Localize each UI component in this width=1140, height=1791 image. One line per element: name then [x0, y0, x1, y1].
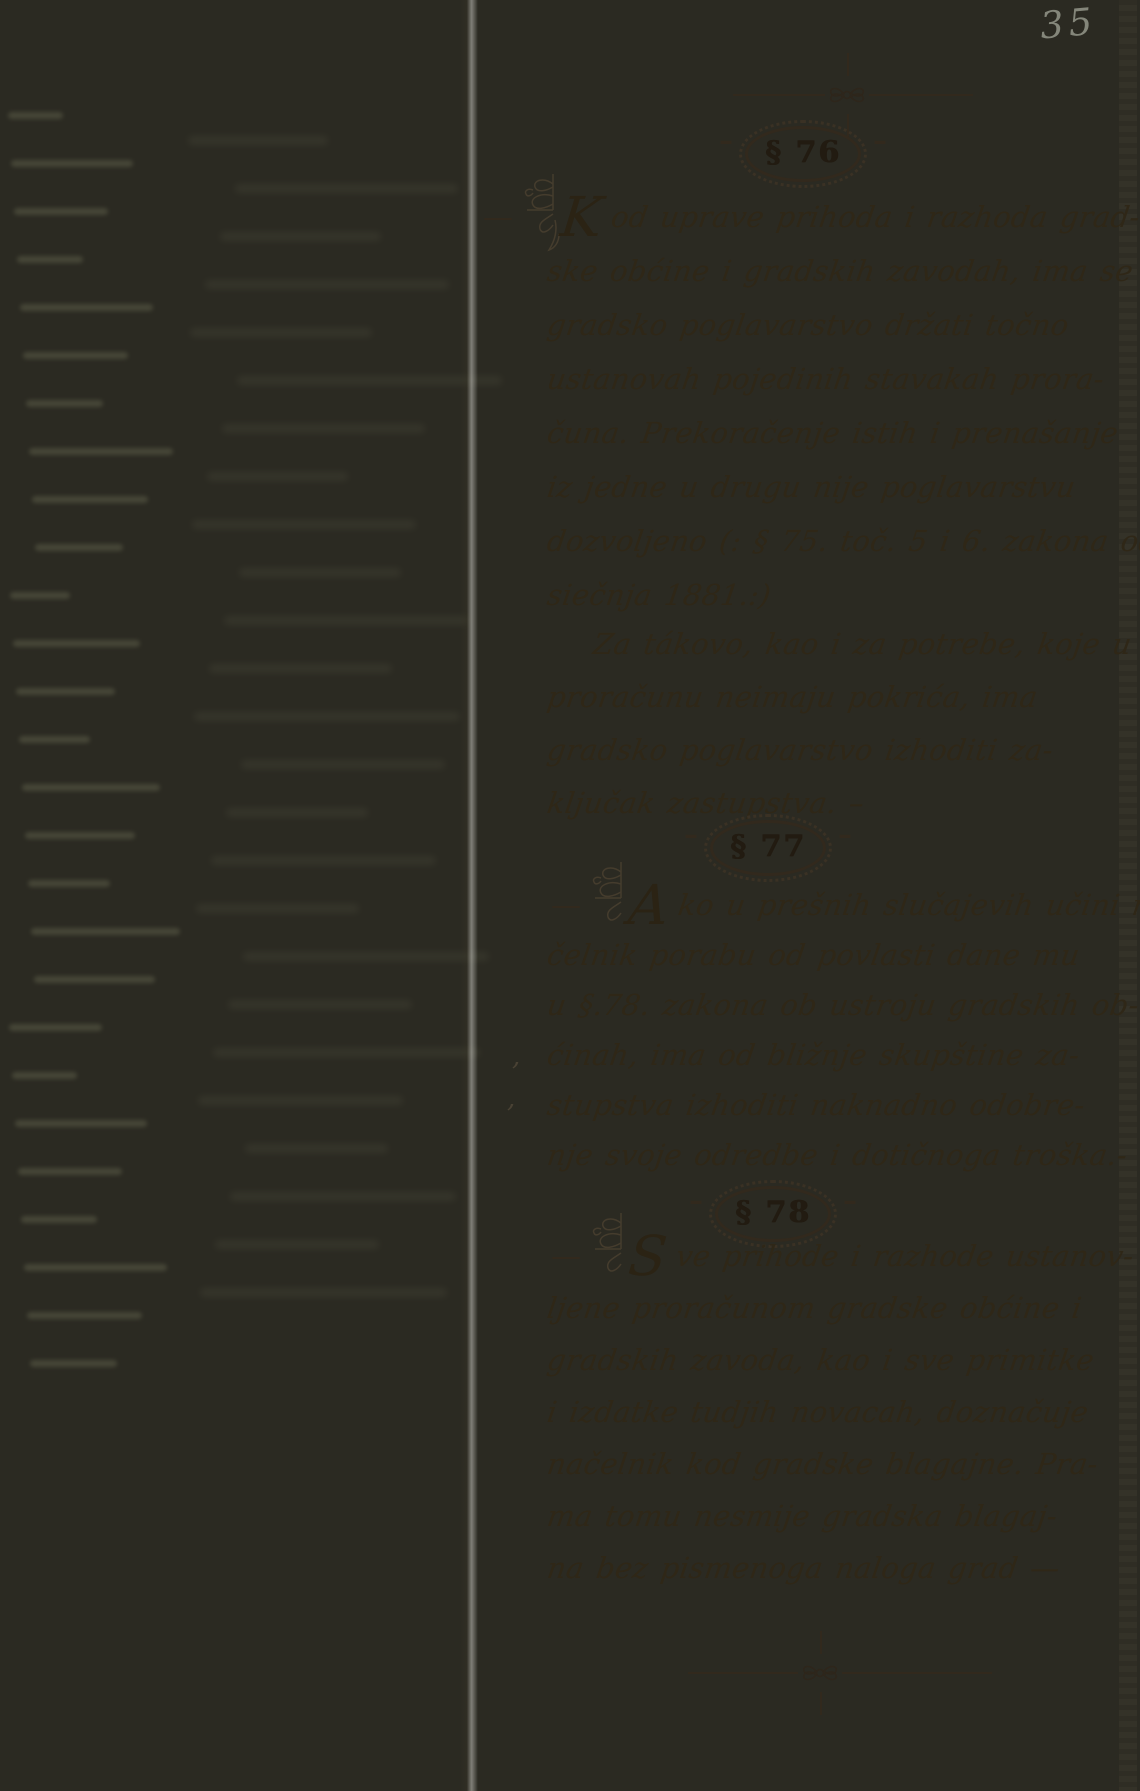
manuscript-scan: 35 –§ 76– — K od u	[0, 0, 1140, 1791]
manuscript-text: ključak zastupstva. –	[545, 786, 866, 820]
lead-dash: —	[483, 200, 513, 235]
manuscript-line: u §.78. zakona ob ustroju gradskih ob-	[545, 980, 1130, 1030]
heading-dash: –	[689, 1184, 703, 1217]
page-crease	[460, 0, 478, 1791]
manuscript-line: ćinah, ima od bližnje skupštine za-	[545, 1030, 1130, 1080]
manuscript-text: načelnik kod gradske blagajne. Pra-	[545, 1447, 1100, 1481]
page-bleedthrough	[180, 136, 465, 1336]
heading-dash: –	[719, 124, 733, 157]
manuscript-text: ljene proračunom gradske obćine i	[545, 1291, 1084, 1325]
manuscript-text: dozvoljeno (: § 75. toč. 5 i 6. zakona o…	[545, 524, 1140, 558]
manuscript-line: načelnik kod gradske blagajne. Pra-	[545, 1438, 1130, 1490]
lead-dash: —	[551, 888, 581, 923]
manuscript-text: Za tákovo, kao i za potrebe, koje u	[591, 627, 1134, 661]
manuscript-line: gradsko poglavarstvo izhoditi za-	[545, 723, 1130, 776]
manuscript-text: gradskih zavoda, kao i sve primitke	[545, 1343, 1096, 1377]
lead-dash: —	[551, 1239, 581, 1274]
manuscript-text: nje svoje odredbe i dotičnoga troška.-	[545, 1138, 1130, 1172]
manuscript-line: gradsko poglavarstvo držati točno	[545, 298, 1130, 352]
section-77-cartouche: § 77	[710, 820, 826, 876]
manuscript-line: i izdatke tudjih novacah, doznačuje	[545, 1386, 1130, 1438]
divider-rule	[733, 94, 825, 96]
manuscript-line: — K od uprave prihoda i razhoda grad-	[545, 190, 1130, 244]
manuscript-line: stupstva izhoditi naknadno odobre-	[545, 1080, 1130, 1130]
section-76-paragraph-2: Za tákovo, kao i za potrebe, koje u pror…	[545, 617, 1130, 829]
manuscript-line: čelnik porabu od povlasti dane mu	[545, 930, 1130, 980]
section-77-heading: –§ 77–	[483, 818, 1053, 876]
manuscript-text: ćinah, ima od bližnje skupštine za-	[545, 1038, 1082, 1072]
manuscript-text: u §.78. zakona ob ustroju gradskih ob-	[545, 988, 1140, 1022]
manuscript-text: čuna. Prekoračenje istih i prenašanje	[545, 416, 1120, 450]
manuscript-text: gradsko poglavarstvo držati točno	[545, 308, 1071, 342]
section-76-cartouche: § 76	[745, 126, 861, 182]
manuscript-line: na bez pismenoga naloga grad —	[545, 1542, 1130, 1594]
manuscript-text: iz jedne u drugu nije poglavarstvu	[545, 470, 1078, 504]
manuscript-line: siečnja 1881.:)	[545, 568, 1130, 622]
manuscript-text: gradsko poglavarstvo izhoditi za-	[545, 733, 1055, 767]
stray-ink-mark: ,	[507, 1084, 515, 1114]
manuscript-line: nje svoje odredbe i dotičnoga troška.-	[545, 1130, 1130, 1180]
manuscript-text: ko u prešnih slučajevih učini na-	[676, 888, 1140, 922]
initial-letter: S	[626, 1229, 669, 1284]
manuscript-text: čelnik porabu od povlasti dane mu	[545, 938, 1082, 972]
divider-rule	[688, 1672, 798, 1674]
manuscript-line: proračunu neimaju pokrića, ima	[545, 670, 1130, 723]
stray-ink-mark: ,	[512, 1042, 520, 1072]
manuscript-line: — A ko u prešnih slučajevih učini na-	[545, 880, 1130, 930]
heading-dash: –	[684, 818, 698, 851]
manuscript-line: iz jedne u drugu nije poglavarstvu	[545, 460, 1130, 514]
rosette-flourish-icon	[828, 80, 866, 110]
manuscript-line: ustanovah pojedinih stavakah prora-	[545, 352, 1130, 406]
rosette-flourish-icon	[801, 1658, 839, 1688]
manuscript-line: dozvoljeno (: § 75. toč. 5 i 6. zakona o…	[545, 514, 1130, 568]
heading-dash: –	[873, 124, 887, 157]
manuscript-text: ustanovah pojedinih stavakah prora-	[545, 362, 1106, 396]
manuscript-text: siečnja 1881.:)	[545, 578, 773, 612]
manuscript-text: ma tomu nesmije gradska blagaj-	[545, 1499, 1059, 1533]
manuscript-text: ve prihode i razhode ustanov-	[674, 1239, 1136, 1273]
manuscript-line: čuna. Prekoračenje istih i prenašanje	[545, 406, 1130, 460]
page-number: 35	[1038, 0, 1099, 47]
manuscript-line: ske obćine i gradskih zavodah, ima se	[545, 244, 1130, 298]
section-76-paragraph-1: — K od uprave prihoda i razhoda grad- sk…	[545, 190, 1130, 622]
initial-letter: K	[558, 190, 605, 245]
manuscript-text: i izdatke tudjih novacah, doznačuje	[545, 1395, 1091, 1429]
manuscript-line: ma tomu nesmije gradska blagaj-	[545, 1490, 1130, 1542]
manuscript-line: gradskih zavoda, kao i sve primitke	[545, 1334, 1130, 1386]
manuscript-text: proračunu neimaju pokrića, ima	[545, 680, 1040, 714]
top-divider-ornament	[733, 80, 973, 110]
section-77-paragraph-1: — A ko u prešnih slučajevih učini na- če…	[545, 880, 1130, 1180]
heading-dash: –	[843, 1184, 857, 1217]
heading-dash: –	[838, 818, 852, 851]
initial-letter: A	[626, 878, 672, 933]
divider-rule	[869, 94, 973, 96]
manuscript-text: ske obćine i gradskih zavodah, ima se	[545, 254, 1135, 288]
manuscript-line: Za tákovo, kao i za potrebe, koje u	[545, 617, 1130, 670]
section-78-paragraph-1: — S ve prihode i razhode ustanov- ljene …	[545, 1230, 1130, 1594]
manuscript-line: — S ve prihode i razhode ustanov-	[545, 1230, 1130, 1282]
section-76-heading: –§ 76–	[518, 124, 1088, 182]
bottom-divider-ornament	[688, 1658, 992, 1688]
manuscript-text: od uprave prihoda i razhoda grad-	[609, 200, 1140, 234]
manuscript-text: stupstva izhoditi naknadno odobre-	[545, 1088, 1087, 1122]
divider-rule	[842, 1672, 992, 1674]
manuscript-text: na bez pismenoga naloga grad —	[545, 1551, 1062, 1585]
facing-page-bleedthrough	[4, 112, 154, 1408]
